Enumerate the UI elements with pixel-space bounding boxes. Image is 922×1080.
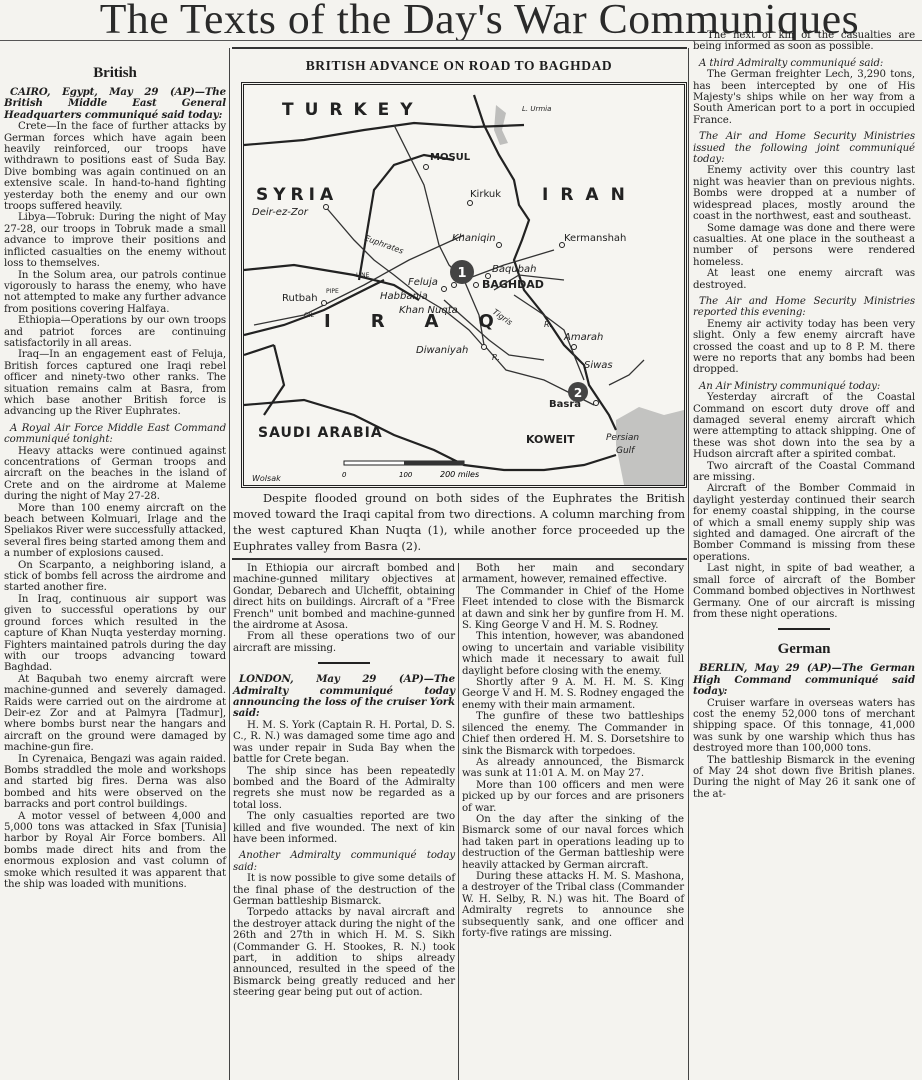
paragraph: Enemy activity over this country last ni… bbox=[693, 165, 915, 222]
svg-text:Euphrates: Euphrates bbox=[363, 233, 404, 255]
svg-text:Habbania: Habbania bbox=[380, 291, 428, 302]
svg-text:PIPE: PIPE bbox=[326, 288, 339, 295]
section-divider bbox=[318, 662, 370, 664]
paragraph: As already announced, the Bismarck was s… bbox=[462, 757, 684, 780]
svg-text:Persian: Persian bbox=[606, 433, 639, 443]
paragraph: Cruiser warfare in overseas waters has c… bbox=[693, 698, 915, 755]
paragraph: Last night, in spite of bad weather, a s… bbox=[693, 563, 915, 620]
paragraph: Libya—Tobruk: During the night of May 27… bbox=[4, 212, 226, 269]
svg-text:1: 1 bbox=[457, 266, 466, 281]
paragraph: On the day after the sinking of the Bism… bbox=[462, 814, 684, 871]
paragraph: Both her main and secondary armament, ho… bbox=[462, 563, 684, 586]
paragraph: Crete—In the face of further attacks by … bbox=[4, 121, 226, 212]
svg-text:KOWEIT: KOWEIT bbox=[526, 433, 575, 446]
dateline-berlin: BERLIN, May 29 (AP)—The German High Comm… bbox=[693, 663, 915, 697]
paragraph: More than 100 enemy aircraft on the beac… bbox=[4, 503, 226, 560]
svg-text:OIL: OIL bbox=[304, 312, 314, 319]
paragraph: Aircraft of the Bomber Commaid in daylig… bbox=[693, 483, 915, 563]
svg-text:Gulf: Gulf bbox=[616, 446, 636, 456]
paragraph: At Baqubah two enemy aircraft were machi… bbox=[4, 674, 226, 754]
column-divider bbox=[229, 48, 230, 1080]
caption-bottom-rule bbox=[232, 558, 687, 560]
svg-text:Diwaniyah: Diwaniyah bbox=[416, 345, 468, 356]
svg-text:LINE: LINE bbox=[356, 272, 370, 279]
column-british-3: Both her main and secondary armament, ho… bbox=[462, 563, 684, 939]
paragraph: Shortly after 9 A. M. H. M. S. King Geor… bbox=[462, 677, 684, 711]
svg-text:200 miles: 200 miles bbox=[440, 470, 479, 479]
paragraph: This intention, however, was abandoned o… bbox=[462, 631, 684, 677]
paragraph: In Iraq, continuous air support was give… bbox=[4, 594, 226, 674]
paragraph: In Cyrenaica, Bengazi was again raided. … bbox=[4, 754, 226, 811]
paragraph: In Ethiopia our aircraft bombed and mach… bbox=[233, 563, 455, 631]
svg-text:Kermanshah: Kermanshah bbox=[564, 233, 626, 244]
paragraph: A motor vessel of between 4,000 and 5,00… bbox=[4, 811, 226, 891]
paragraph: Torpedo attacks by naval aircraft and th… bbox=[233, 907, 455, 998]
paragraph: Heavy attacks were continued against con… bbox=[4, 446, 226, 503]
map-top-rule bbox=[232, 47, 687, 49]
svg-text:Khan Nuqta: Khan Nuqta bbox=[399, 305, 458, 316]
column-4: The next of kin of the casualties are be… bbox=[693, 30, 915, 800]
svg-text:R.: R. bbox=[492, 353, 500, 362]
paragraph: The German freighter Lech, 3,290 tons, h… bbox=[693, 69, 915, 126]
paragraph: During these attacks H. M. S. Mashona, a… bbox=[462, 871, 684, 939]
advance-marker-1: 1 bbox=[450, 260, 474, 284]
svg-text:Khaniqin: Khaniqin bbox=[452, 233, 496, 244]
paragraph: The battleship Bismarck in the evening o… bbox=[693, 755, 915, 801]
section-divider bbox=[778, 628, 830, 630]
column-british-2: In Ethiopia our aircraft bombed and mach… bbox=[233, 563, 455, 999]
column-divider bbox=[688, 48, 689, 1080]
paragraph: Ethiopia—Operations by our own troops an… bbox=[4, 315, 226, 349]
paragraph: At least one enemy aircraft was destroye… bbox=[693, 268, 915, 291]
section-heading-british: British bbox=[4, 64, 226, 82]
svg-text:0: 0 bbox=[342, 471, 347, 479]
intro-air-home-security-evening: The Air and Home Security Ministries rep… bbox=[693, 296, 915, 319]
caption-text: Despite flooded ground on both sides of … bbox=[233, 490, 685, 554]
paragraph: It is now possible to give some details … bbox=[233, 873, 455, 907]
paragraph: More than 100 officers and men were pick… bbox=[462, 780, 684, 814]
svg-text:2: 2 bbox=[574, 386, 582, 400]
svg-text:SYRIA: SYRIA bbox=[256, 185, 338, 205]
svg-text:SAUDI ARABIA: SAUDI ARABIA bbox=[258, 425, 383, 441]
svg-text:Feluja: Feluja bbox=[408, 277, 438, 288]
dateline-london: LONDON, May 29 (AP)—The Admiralty commun… bbox=[233, 674, 455, 720]
paragraph: The only casualties reported are two kil… bbox=[233, 811, 455, 845]
dateline-cairo: CAIRO, Egypt, May 29 (AP)—The British Mi… bbox=[4, 87, 226, 121]
paragraph: Iraq—In an engagement east of Feluja, Br… bbox=[4, 349, 226, 417]
intro-admiralty-2: Another Admiralty communiqué today said: bbox=[233, 850, 455, 873]
svg-text:Baqubah: Baqubah bbox=[492, 264, 537, 275]
svg-text:L. Urmia: L. Urmia bbox=[522, 105, 551, 113]
svg-text:R.: R. bbox=[544, 320, 552, 329]
intro-air-ministry: An Air Ministry communiqué today: bbox=[693, 381, 915, 392]
section-heading-german: German bbox=[693, 640, 915, 658]
svg-text:MOSUL: MOSUL bbox=[430, 152, 471, 163]
paragraph: Two aircraft of the Coastal Command are … bbox=[693, 461, 915, 484]
svg-text:Wolsak: Wolsak bbox=[252, 474, 281, 483]
paragraph: H. M. S. York (Captain R. H. Portal, D. … bbox=[233, 720, 455, 766]
svg-text:Kirkuk: Kirkuk bbox=[470, 189, 501, 200]
intro-raf: A Royal Air Force Middle East Command co… bbox=[4, 423, 226, 446]
paragraph: Yesterday aircraft of the Coastal Comman… bbox=[693, 392, 915, 460]
svg-text:Amarah: Amarah bbox=[563, 332, 603, 343]
paragraph: The gunfire of these two battleships sil… bbox=[462, 711, 684, 757]
paragraph: The Commander in Chief of the Home Fleet… bbox=[462, 586, 684, 632]
intro-admiralty-3: A third Admiralty communiqué said: bbox=[693, 58, 915, 69]
column-british-1: British CAIRO, Egypt, May 29 (AP)—The Br… bbox=[4, 60, 226, 890]
svg-text:BAGHDAD: BAGHDAD bbox=[482, 278, 544, 291]
paragraph: The ship since has been repeatedly bombe… bbox=[233, 766, 455, 812]
paragraph: Some damage was done and there were casu… bbox=[693, 223, 915, 269]
advance-marker-2: 2 bbox=[568, 382, 588, 402]
paragraph: On Scarpanto, a neighboring island, a st… bbox=[4, 560, 226, 594]
svg-text:100: 100 bbox=[399, 471, 413, 479]
map-caption: Despite flooded ground on both sides of … bbox=[233, 490, 685, 554]
svg-text:IRAN: IRAN bbox=[542, 185, 637, 205]
column-divider bbox=[458, 563, 459, 1080]
svg-text:TURKEY: TURKEY bbox=[282, 100, 424, 120]
paragraph: Enemy air activity today has been very s… bbox=[693, 319, 915, 376]
iraq-map: TURKEY SYRIA IRAN IRAQ SAUDI ARABIA KOWE… bbox=[244, 85, 684, 485]
svg-text:Siwas: Siwas bbox=[584, 360, 613, 371]
map-frame: TURKEY SYRIA IRAN IRAQ SAUDI ARABIA KOWE… bbox=[241, 82, 687, 488]
paragraph: In the Solum area, our patrols continue … bbox=[4, 270, 226, 316]
paragraph: From all these operations two of our air… bbox=[233, 631, 455, 654]
map-figure: BRITISH ADVANCE ON ROAD TO BAGHDAD bbox=[233, 55, 685, 485]
intro-air-home-security: The Air and Home Security Ministries iss… bbox=[693, 131, 915, 165]
map-title: BRITISH ADVANCE ON ROAD TO BAGHDAD bbox=[233, 58, 685, 74]
svg-text:Rutbah: Rutbah bbox=[282, 293, 318, 304]
svg-text:Deir-ez-Zor: Deir-ez-Zor bbox=[252, 207, 309, 218]
paragraph: The next of kin of the casualties are be… bbox=[693, 30, 915, 53]
